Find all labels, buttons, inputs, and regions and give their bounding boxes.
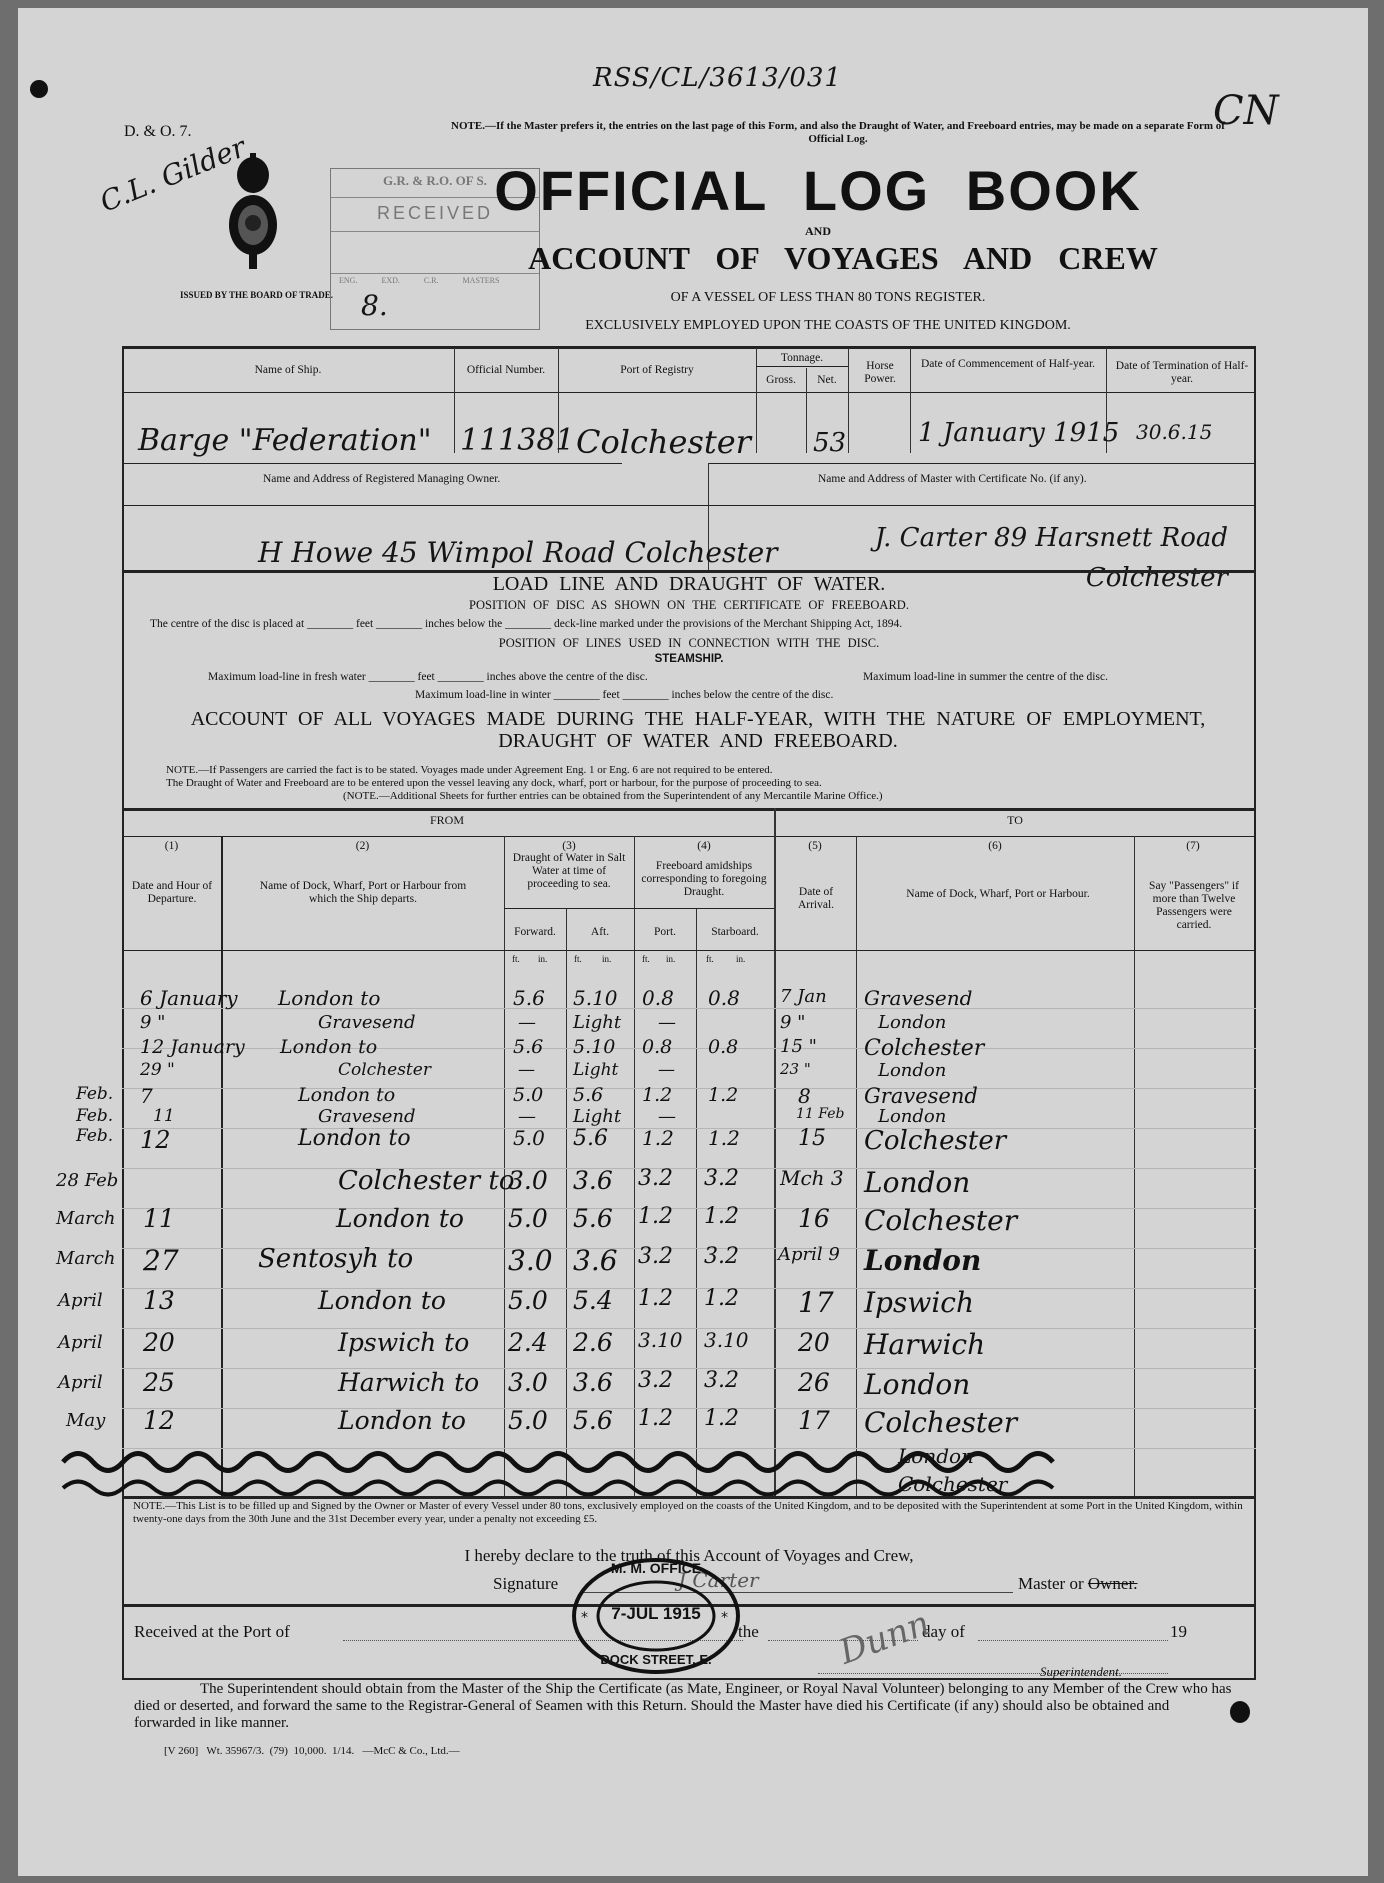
superintendent-label: Superintendent. xyxy=(1040,1664,1122,1680)
master-label: Name and Address of Master with Certific… xyxy=(818,473,1087,485)
issued-by: ISSUED BY THE BOARD OF TRADE. xyxy=(180,290,333,300)
signature-row: Signature xyxy=(493,1574,558,1594)
table-row[interactable]: Feb.7London to5.05.61.21.28Gravesend xyxy=(18,1084,1318,1106)
royal-crest-icon xyxy=(223,153,283,273)
col-departure-date: Date and Hour of Departure. xyxy=(130,880,214,906)
print-info: [V 260] Wt. 35967/3. (79) 10,000. 1/14. … xyxy=(164,1745,460,1757)
col-draught: Draught of Water in Salt Water at time o… xyxy=(506,852,632,891)
account-heading: ACCOUNT OF ALL VOYAGES MADE DURING THE H… xyxy=(158,708,1238,752)
master-or-label: Master or Owner. xyxy=(1018,1574,1137,1594)
top-note: NOTE.—If the Master prefers it, the entr… xyxy=(438,120,1238,146)
year-label: 19 xyxy=(1170,1622,1187,1642)
header-tonnage: Tonnage. xyxy=(756,352,848,365)
table-row[interactable]: 9 "Gravesend—Light—9 "London xyxy=(18,1012,1318,1034)
net-tonnage-value[interactable]: 53 xyxy=(813,428,846,458)
title-and: AND xyxy=(458,224,1178,239)
fresh-water-line: Maximum load-line in fresh water _______… xyxy=(208,671,648,683)
header-termination: Date of Termination of Half-year. xyxy=(1112,360,1252,386)
sub-starboard: Starboard. xyxy=(696,926,774,939)
stamp-date: 7-JUL 1915 xyxy=(571,1604,741,1624)
sub-aft: Aft. xyxy=(566,926,634,939)
footer-note: NOTE.—This List is to be filled up and S… xyxy=(133,1500,1243,1526)
title-line4: EXCLUSIVELY EMPLOYED UPON THE COASTS OF … xyxy=(438,318,1218,334)
table-row[interactable]: Feb.12London to5.05.61.21.215Colchester xyxy=(18,1126,1318,1154)
to-label: TO xyxy=(778,813,1252,828)
sub-forward: Forward. xyxy=(504,926,566,939)
table-row[interactable]: April13London to5.05.41.21.217Ipswich xyxy=(18,1286,1318,1320)
load-line-title: LOAD LINE AND DRAUGHT OF WATER. xyxy=(122,573,1256,596)
table-row[interactable]: 6 JanuaryLondon to5.65.100.80.87 JanGrav… xyxy=(18,986,1318,1008)
table-row[interactable]: April25Harwich to3.03.63.23.226London xyxy=(18,1368,1318,1402)
archive-reference: RSS/CL/3613/031 xyxy=(593,63,842,93)
the-label: the xyxy=(738,1622,759,1642)
lines-heading: POSITION OF LINES USED IN CONNECTION WIT… xyxy=(122,636,1256,651)
owner-label: Name and Address of Registered Managing … xyxy=(263,473,500,485)
summer-line: Maximum load-line in summer the centre o… xyxy=(863,671,1108,683)
steamship-label: STEAMSHIP. xyxy=(122,653,1256,665)
header-horse-power: Horse Power. xyxy=(854,360,906,386)
table-row[interactable]: March11London to5.05.61.21.216Colchester xyxy=(18,1204,1318,1238)
table-row[interactable]: 12 JanuaryLondon to5.65.100.80.815 "Colc… xyxy=(18,1036,1318,1058)
table-row[interactable]: 29 "Colchester—Light—23 "London xyxy=(18,1060,1318,1082)
col-passengers: Say "Passengers" if more than Twelve Pas… xyxy=(1138,880,1250,932)
table-row[interactable]: 28 FebColchester to3.03.63.23.2Mch 3Lond… xyxy=(18,1166,1318,1200)
ship-name-value[interactable]: Barge "Federation" xyxy=(138,423,432,458)
received-at-port-label: Received at the Port of xyxy=(134,1622,290,1642)
from-label: FROM xyxy=(122,813,772,828)
col-freeboard: Freeboard amidships corresponding to for… xyxy=(636,860,772,899)
commencement-value[interactable]: 1 January 1915 xyxy=(918,418,1119,448)
owner-value[interactable]: H Howe 45 Wimpol Road Colchester xyxy=(258,536,778,569)
disc-heading: POSITION OF DISC AS SHOWN ON THE CERTIFI… xyxy=(122,598,1256,613)
col-arrival-date: Date of Arrival. xyxy=(788,886,844,912)
instruction-text: The Superintendent should obtain from th… xyxy=(134,1681,1234,1732)
mm-office-stamp: * * M. M. OFFICE 7-JUL 1915 DOCK STREET,… xyxy=(571,1556,741,1676)
col-to-port: Name of Dock, Wharf, Port or Harbour. xyxy=(898,888,1098,901)
table-row[interactable]: April20Ipswich to2.42.63.103.1020Harwich xyxy=(18,1328,1318,1362)
title-line3: OF A VESSEL OF LESS THAN 80 TONS REGISTE… xyxy=(478,290,1178,306)
strike-through-scribble xyxy=(58,1440,1058,1500)
termination-value[interactable]: 30.6.15 xyxy=(1136,420,1212,444)
log-book-page: RSS/CL/3613/031 CN D. & O. 7. C.L. Gilde… xyxy=(18,8,1368,1876)
header-official-number: Official Number. xyxy=(454,364,558,377)
header-ship-name: Name of Ship. xyxy=(122,364,454,377)
table-row[interactable]: May12London to5.05.61.21.217Colchester xyxy=(18,1406,1318,1440)
disc-line: The centre of the disc is placed at ____… xyxy=(150,618,1250,630)
account-note-1: NOTE.—If Passengers are carried the fact… xyxy=(166,764,773,776)
header-net: Net. xyxy=(806,374,848,387)
table-row[interactable]: March27Sentosyh to3.03.63.23.2April 9Lon… xyxy=(18,1244,1318,1278)
col-from-port: Name of Dock, Wharf, Port or Harbour fro… xyxy=(258,880,468,906)
sub-port: Port. xyxy=(634,926,696,939)
form-code: D. & O. 7. xyxy=(124,123,192,141)
port-value[interactable]: Colchester xyxy=(576,423,751,461)
table-row[interactable]: Feb.11Gravesend—Light—11 FebLondon xyxy=(18,1106,1318,1128)
punch-hole xyxy=(30,80,48,98)
account-note-3: (NOTE.—Additional Sheets for further ent… xyxy=(343,790,883,802)
header-commencement: Date of Commencement of Half-year. xyxy=(918,358,1098,371)
winter-line: Maximum load-line in winter ________ fee… xyxy=(415,689,833,701)
title-sub: ACCOUNT OF VOYAGES AND CREW xyxy=(438,240,1248,277)
official-number-value[interactable]: 111381 xyxy=(460,423,575,458)
header-port: Port of Registry xyxy=(558,364,756,377)
account-note-2: The Draught of Water and Freeboard are t… xyxy=(166,777,822,789)
title-main: OFFICIAL LOG BOOK xyxy=(458,158,1178,223)
header-gross: Gross. xyxy=(756,374,806,387)
